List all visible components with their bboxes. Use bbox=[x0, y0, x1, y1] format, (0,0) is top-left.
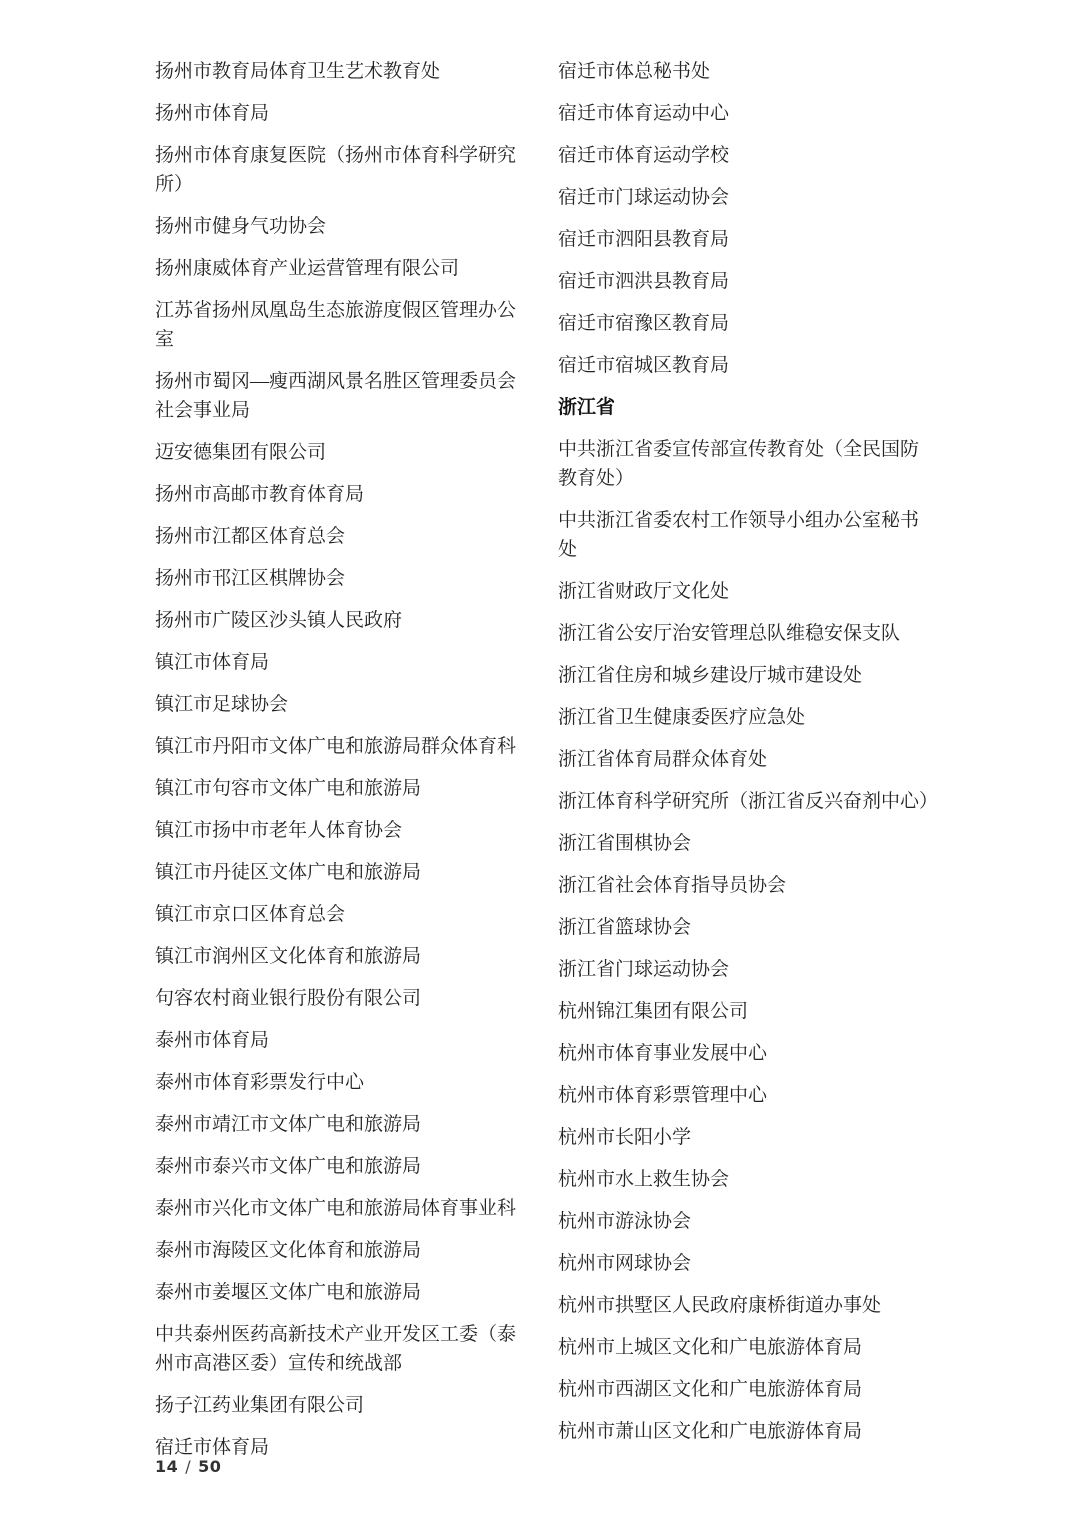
org-entry: 浙江省财政厅文化处 bbox=[558, 577, 937, 606]
org-entry: 镇江市润州区文化体育和旅游局 bbox=[155, 942, 523, 971]
org-entry: 扬州市体育局 bbox=[155, 99, 523, 128]
org-entry: 泰州市海陵区文化体育和旅游局 bbox=[155, 1236, 523, 1265]
org-entry: 镇江市丹阳市文体广电和旅游局群众体育科 bbox=[155, 732, 523, 761]
org-entry: 杭州市萧山区文化和广电旅游体育局 bbox=[558, 1417, 937, 1446]
org-entry: 浙江体育科学研究所（浙江省反兴奋剂中心） bbox=[558, 787, 937, 816]
org-entry: 杭州市游泳协会 bbox=[558, 1207, 937, 1236]
org-entry: 扬州康威体育产业运营管理有限公司 bbox=[155, 254, 523, 283]
right-column: 宿迁市体总秘书处宿迁市体育运动中心宿迁市体育运动学校宿迁市门球运动协会宿迁市泗阳… bbox=[558, 57, 937, 1475]
org-entry: 宿迁市宿豫区教育局 bbox=[558, 309, 937, 338]
org-entry: 镇江市丹徒区文体广电和旅游局 bbox=[155, 858, 523, 887]
org-entry: 中共浙江省委农村工作领导小组办公室秘书处 bbox=[558, 506, 937, 564]
org-entry: 扬州市蜀冈—瘦西湖风景名胜区管理委员会社会事业局 bbox=[155, 367, 523, 425]
org-entry: 宿迁市宿城区教育局 bbox=[558, 351, 937, 380]
document-page: 扬州市教育局体育卫生艺术教育处扬州市体育局扬州市体育康复医院（扬州市体育科学研究… bbox=[0, 0, 1080, 1527]
page-content: 扬州市教育局体育卫生艺术教育处扬州市体育局扬州市体育康复医院（扬州市体育科学研究… bbox=[155, 57, 937, 1475]
org-entry: 句容农村商业银行股份有限公司 bbox=[155, 984, 523, 1013]
org-entry: 扬州市广陵区沙头镇人民政府 bbox=[155, 606, 523, 635]
org-entry: 扬州市邗江区棋牌协会 bbox=[155, 564, 523, 593]
org-entry: 扬子江药业集团有限公司 bbox=[155, 1391, 523, 1420]
org-entry: 扬州市体育康复医院（扬州市体育科学研究所） bbox=[155, 141, 523, 199]
org-entry: 镇江市京口区体育总会 bbox=[155, 900, 523, 929]
org-entry: 泰州市体育局 bbox=[155, 1026, 523, 1055]
page-number-separator: / bbox=[185, 1457, 191, 1476]
org-entry: 杭州市长阳小学 bbox=[558, 1123, 937, 1152]
org-entry: 杭州市水上救生协会 bbox=[558, 1165, 937, 1194]
org-entry: 中共浙江省委宣传部宣传教育处（全民国防教育处） bbox=[558, 435, 937, 493]
org-entry: 镇江市扬中市老年人体育协会 bbox=[155, 816, 523, 845]
org-entry: 浙江省社会体育指导员协会 bbox=[558, 871, 937, 900]
org-entry: 宿迁市泗阳县教育局 bbox=[558, 225, 937, 254]
org-entry: 浙江省篮球协会 bbox=[558, 913, 937, 942]
org-entry: 迈安德集团有限公司 bbox=[155, 438, 523, 467]
org-entry: 杭州市网球协会 bbox=[558, 1249, 937, 1278]
org-entry: 泰州市靖江市文体广电和旅游局 bbox=[155, 1110, 523, 1139]
org-entry: 浙江省住房和城乡建设厅城市建设处 bbox=[558, 661, 937, 690]
org-entry: 宿迁市体育运动学校 bbox=[558, 141, 937, 170]
org-entry: 泰州市泰兴市文体广电和旅游局 bbox=[155, 1152, 523, 1181]
org-entry: 中共泰州医药高新技术产业开发区工委（泰州市高港区委）宣传和统战部 bbox=[155, 1320, 523, 1378]
org-entry: 杭州市上城区文化和广电旅游体育局 bbox=[558, 1333, 937, 1362]
org-entry: 杭州市拱墅区人民政府康桥街道办事处 bbox=[558, 1291, 937, 1320]
page-number-total: 50 bbox=[198, 1457, 221, 1476]
org-entry: 宿迁市体育运动中心 bbox=[558, 99, 937, 128]
org-entry: 浙江省门球运动协会 bbox=[558, 955, 937, 984]
org-entry: 泰州市兴化市文体广电和旅游局体育事业科 bbox=[155, 1194, 523, 1223]
org-entry: 泰州市姜堰区文体广电和旅游局 bbox=[155, 1278, 523, 1307]
org-entry: 江苏省扬州凤凰岛生态旅游度假区管理办公室 bbox=[155, 296, 523, 354]
province-heading: 浙江省 bbox=[558, 393, 937, 422]
left-column: 扬州市教育局体育卫生艺术教育处扬州市体育局扬州市体育康复医院（扬州市体育科学研究… bbox=[155, 57, 523, 1475]
org-entry: 宿迁市泗洪县教育局 bbox=[558, 267, 937, 296]
org-entry: 浙江省体育局群众体育处 bbox=[558, 745, 937, 774]
org-entry: 宿迁市体总秘书处 bbox=[558, 57, 937, 86]
org-entry: 扬州市健身气功协会 bbox=[155, 212, 523, 241]
page-number-current: 14 bbox=[155, 1457, 178, 1476]
org-entry: 杭州市西湖区文化和广电旅游体育局 bbox=[558, 1375, 937, 1404]
org-entry: 扬州市江都区体育总会 bbox=[155, 522, 523, 551]
org-entry: 宿迁市门球运动协会 bbox=[558, 183, 937, 212]
org-entry: 杭州市体育事业发展中心 bbox=[558, 1039, 937, 1068]
org-entry: 镇江市足球协会 bbox=[155, 690, 523, 719]
org-entry: 镇江市句容市文体广电和旅游局 bbox=[155, 774, 523, 803]
org-entry: 镇江市体育局 bbox=[155, 648, 523, 677]
org-entry: 扬州市教育局体育卫生艺术教育处 bbox=[155, 57, 523, 86]
org-entry: 浙江省围棋协会 bbox=[558, 829, 937, 858]
org-entry: 杭州锦江集团有限公司 bbox=[558, 997, 937, 1026]
org-entry: 扬州市高邮市教育体育局 bbox=[155, 480, 523, 509]
org-entry: 浙江省卫生健康委医疗应急处 bbox=[558, 703, 937, 732]
org-entry: 泰州市体育彩票发行中心 bbox=[155, 1068, 523, 1097]
org-entry: 浙江省公安厅治安管理总队维稳安保支队 bbox=[558, 619, 937, 648]
org-entry: 杭州市体育彩票管理中心 bbox=[558, 1081, 937, 1110]
page-footer: 14/50 bbox=[155, 1457, 221, 1476]
